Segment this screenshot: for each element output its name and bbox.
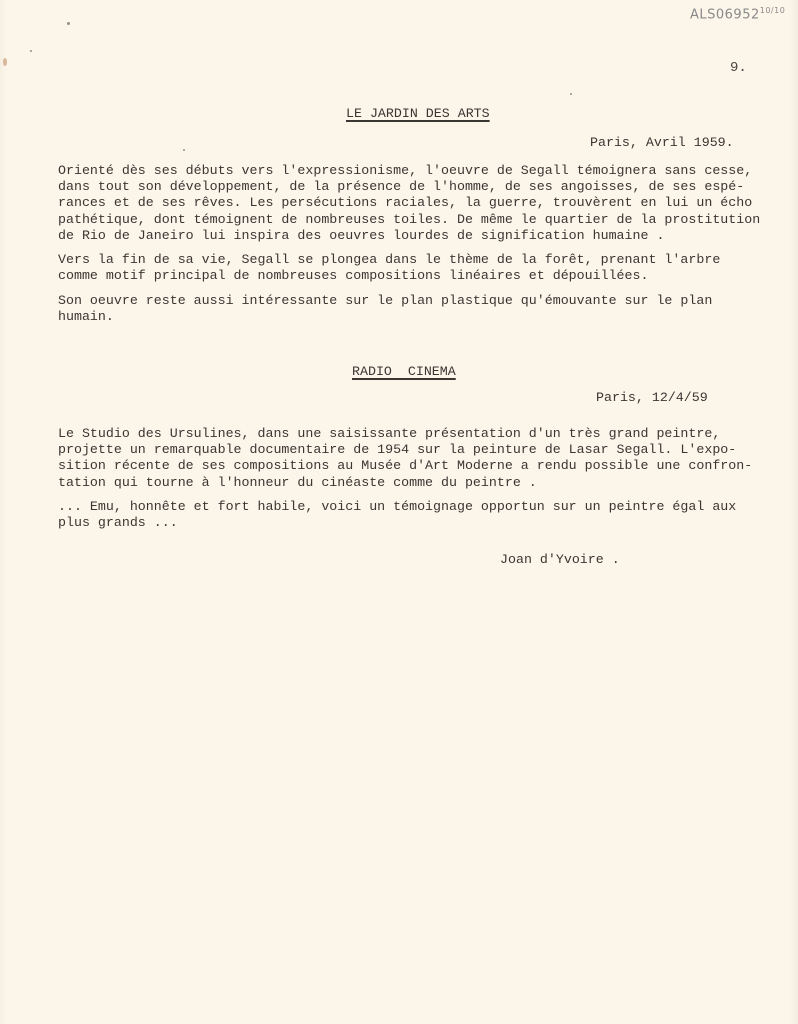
text-line: de Rio de Janeiro lui inspira des oeuvre… [58,228,760,244]
text-line: sition récente de ses compositions au Mu… [58,458,752,474]
text-line: plus grands ... [58,515,736,531]
text-line: rances et de ses rêves. Les persécutions… [58,195,760,211]
paper-stain [3,58,7,66]
signature: Joan d'Yvoire . [500,552,620,567]
paragraph-studio-ursulines: Le Studio des Ursulines, dans une saisis… [58,426,752,491]
text-line: Vers la fin de sa vie, Segall se plongea… [58,252,720,268]
dateline-radio-cinema: Paris, 12/4/59 [596,390,708,405]
paragraph-plastic-plan: Son oeuvre reste aussi intéressante sur … [58,293,712,325]
paragraph-expressionism: Orienté dès ses débuts vers l'expression… [58,163,760,244]
paragraph-forest-theme: Vers la fin de sa vie, Segall se plongea… [58,252,720,284]
section-heading-jardin-des-arts: LE JARDIN DES ARTS [346,106,490,121]
text-line: pathétique, dont témoignent de nombreuse… [58,212,760,228]
archive-reference-number: ALS06952 [690,7,760,22]
typewritten-page: ALS0695210/10 9. LE JARDIN DES ARTS Pari… [0,0,798,1024]
text-line: ... Emu, honnête et fort habile, voici u… [58,499,736,515]
archive-reference-sheet: 10/10 [760,6,786,15]
archive-reference: ALS0695210/10 [690,6,785,22]
paper-speck [30,50,32,52]
section-heading-radio-cinema: RADIO CINEMA [352,364,456,379]
text-line: comme motif principal de nombreuses comp… [58,268,720,284]
text-line: humain. [58,309,712,325]
text-line: dans tout son développement, de la prése… [58,179,760,195]
page-number: 9. [730,60,747,76]
paper-speck [183,149,185,151]
text-line: tation qui tourne à l'honneur du cinéast… [58,475,752,491]
paragraph-testimony: ... Emu, honnête et fort habile, voici u… [58,499,736,531]
text-line: Son oeuvre reste aussi intéressante sur … [58,293,712,309]
text-line: Le Studio des Ursulines, dans une saisis… [58,426,752,442]
text-line: projette un remarquable documentaire de … [58,442,752,458]
dateline-jardin-des-arts: Paris, Avril 1959. [590,135,734,150]
paper-speck [67,22,70,25]
paper-speck [570,93,572,95]
text-line: Orienté dès ses débuts vers l'expression… [58,163,760,179]
